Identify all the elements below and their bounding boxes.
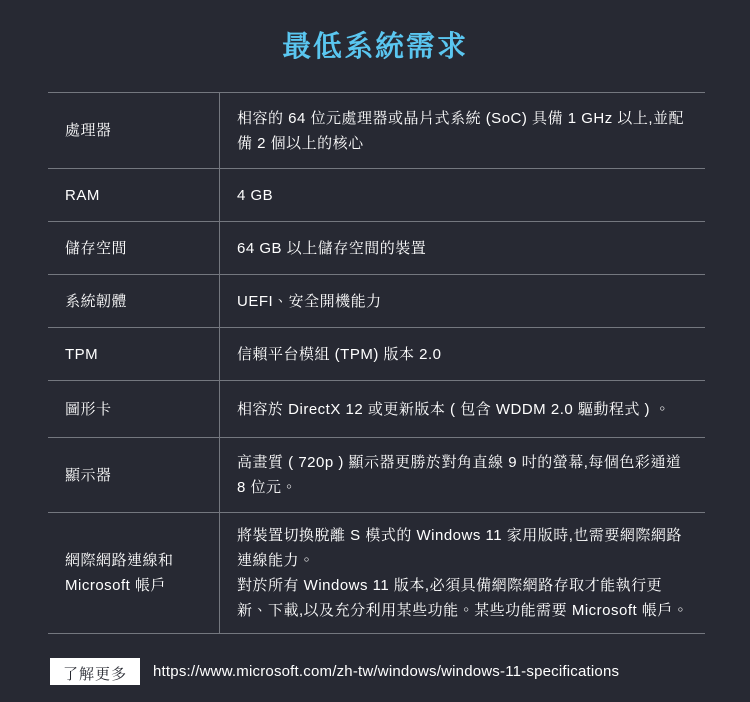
row-value: 相容的 64 位元處理器或晶片式系統 (SoC) 具備 1 GHz 以上,並配備… (220, 93, 705, 168)
page-title: 最低系統需求 (0, 0, 750, 65)
row-value: 信賴平台模組 (TPM) 版本 2.0 (220, 328, 705, 380)
learn-more-button[interactable]: 了解更多 (50, 658, 140, 685)
row-value-paragraph: 對於所有 Windows 11 版本,必須具備網際網路存取才能執行更新、下載,以… (237, 573, 691, 623)
row-value: 將裝置切換脫離 S 模式的 Windows 11 家用版時,也需要網際網路連線能… (220, 513, 705, 633)
row-label: 處理器 (48, 93, 220, 168)
row-label: 網際網路連線和 Microsoft 帳戶 (48, 513, 220, 633)
row-label: 系統韌體 (48, 275, 220, 327)
row-value: 高畫質 ( 720p ) 顯示器更勝於對角直線 9 吋的螢幕,每個色彩通道 8 … (220, 438, 705, 512)
table-row-storage: 儲存空間 64 GB 以上儲存空間的裝置 (48, 222, 705, 275)
row-value-paragraph: 將裝置切換脫離 S 模式的 Windows 11 家用版時,也需要網際網路連線能… (237, 523, 691, 573)
table-row-processor: 處理器 相容的 64 位元處理器或晶片式系統 (SoC) 具備 1 GHz 以上… (48, 93, 705, 169)
row-label: 圖形卡 (48, 381, 220, 437)
row-value: 4 GB (220, 169, 705, 221)
table-row-graphics: 圖形卡 相容於 DirectX 12 或更新版本 ( 包含 WDDM 2.0 驅… (48, 381, 705, 438)
table-row-firmware: 系統韌體 UEFI、安全開機能力 (48, 275, 705, 328)
table-row-display: 顯示器 高畫質 ( 720p ) 顯示器更勝於對角直線 9 吋的螢幕,每個色彩通… (48, 438, 705, 513)
row-label: 顯示器 (48, 438, 220, 512)
table-row-internet-account: 網際網路連線和 Microsoft 帳戶 將裝置切換脫離 S 模式的 Windo… (48, 513, 705, 634)
table-row-ram: RAM 4 GB (48, 169, 705, 222)
row-value: 相容於 DirectX 12 或更新版本 ( 包含 WDDM 2.0 驅動程式 … (220, 381, 705, 437)
row-value: 64 GB 以上儲存空間的裝置 (220, 222, 705, 274)
row-label: RAM (48, 169, 220, 221)
row-value: UEFI、安全開機能力 (220, 275, 705, 327)
specifications-url[interactable]: https://www.microsoft.com/zh-tw/windows/… (153, 663, 619, 680)
table-row-tpm: TPM 信賴平台模組 (TPM) 版本 2.0 (48, 328, 705, 381)
row-label: 儲存空間 (48, 222, 220, 274)
page-canvas: 最低系統需求 處理器 相容的 64 位元處理器或晶片式系統 (SoC) 具備 1… (0, 0, 750, 702)
row-label: TPM (48, 328, 220, 380)
footer: 了解更多 https://www.microsoft.com/zh-tw/win… (50, 658, 750, 685)
requirements-table: 處理器 相容的 64 位元處理器或晶片式系統 (SoC) 具備 1 GHz 以上… (48, 92, 705, 634)
